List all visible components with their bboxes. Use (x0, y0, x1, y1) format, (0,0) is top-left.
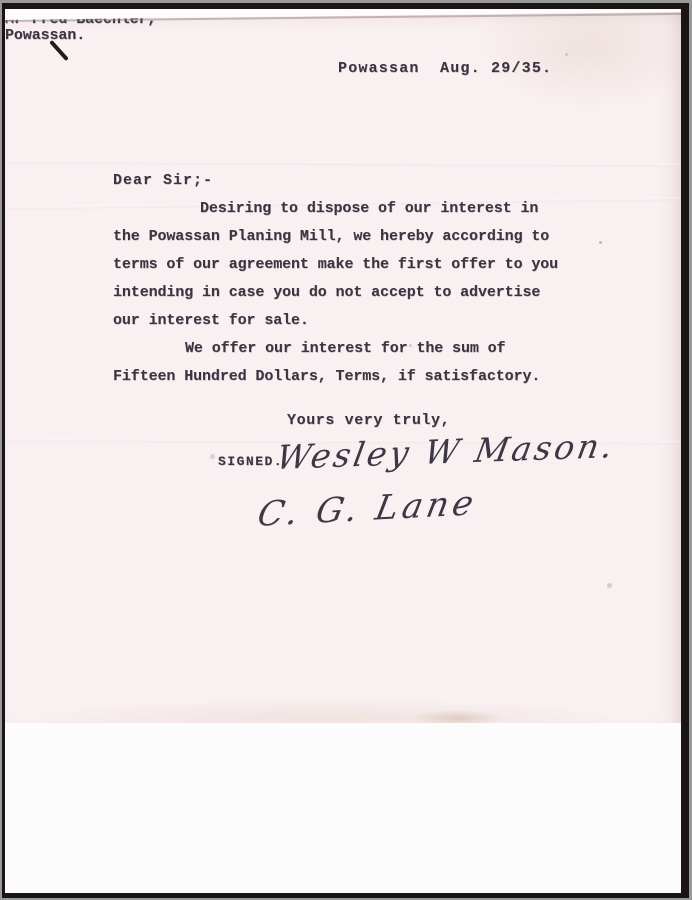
body-line: the Powassan Planing Mill, we hereby acc… (113, 228, 549, 256)
body-line: Fifteen Hundred Dollars, Terms, if satis… (113, 368, 540, 396)
body-line: Desiring to dispose of our interest in (200, 200, 538, 228)
signature-wesley-w-mason: Wesley W Mason. (274, 426, 619, 477)
signature-c-g-lane: C. G. Lane (254, 483, 480, 535)
body-line: our interest for sale. (113, 312, 309, 340)
recipient-town: Powassan. (5, 28, 681, 44)
body-line: intending in case you do not accept to a… (113, 284, 540, 312)
body-line: terms of our agreement make the first of… (113, 256, 558, 284)
letter-paper-sheet: Powassan Aug. 29/35. Mr Fred Baechler, P… (5, 12, 681, 723)
signed-label: SIGNED. (218, 454, 283, 469)
paper-stain-bottom-edge (45, 700, 605, 734)
closing-valediction: Yours very truly, (287, 412, 450, 429)
dateline: Powassan Aug. 29/35. (338, 60, 552, 77)
foxing-spots (599, 241, 602, 244)
scan-backing-sheet: Powassan Aug. 29/35. Mr Fred Baechler, P… (5, 9, 681, 893)
paper-crease (5, 160, 681, 167)
salutation: Dear Sir;- (113, 172, 213, 189)
paper-smudge-bottom (413, 710, 503, 726)
body-line: We offer our interest for the sum of (185, 340, 505, 368)
